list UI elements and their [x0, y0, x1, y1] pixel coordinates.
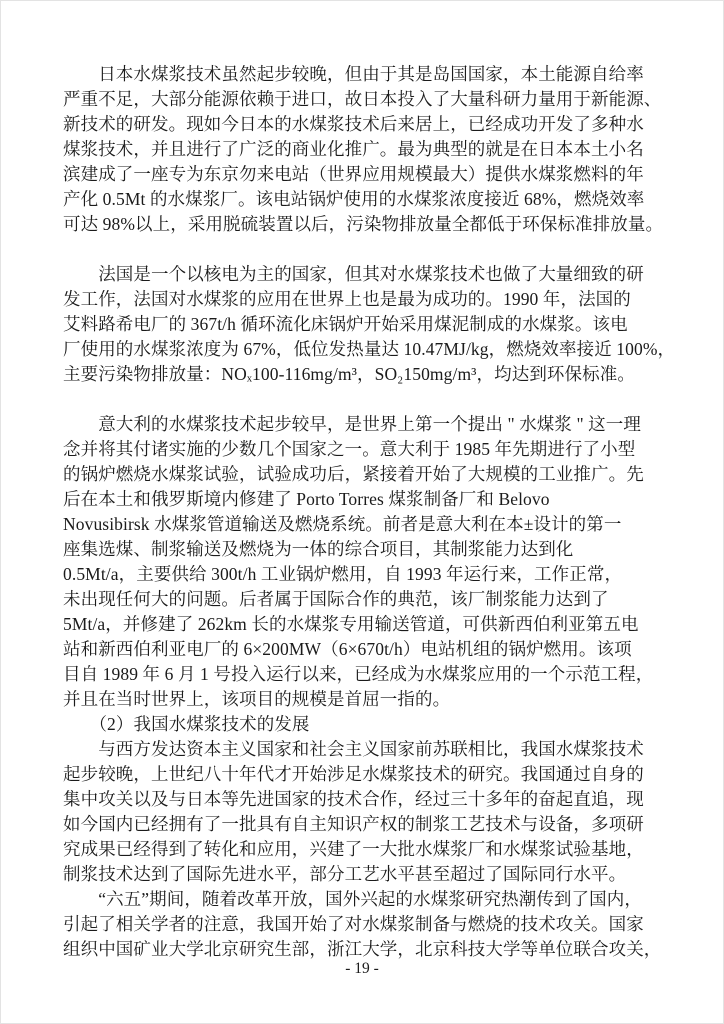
text-line: 并且在当时世界上，该项目的规模是首屈一指的。 — [63, 687, 667, 712]
text-line: 严重不足，大部分能源依赖于进口，故日本投入了大量科研力量用于新能源、 — [63, 87, 667, 112]
text-line: 0.5Mt/a，主要供给 300t/h 工业锅炉燃用，自 1993 年运行来，工… — [63, 562, 667, 587]
page-number: - 19 - — [345, 960, 379, 977]
document-body: 日本水煤浆技术虽然起步较晚，但由于其是岛国国家，本土能源自给率严重不足，大部分能… — [63, 62, 667, 962]
text-line: 起步较晚，上世纪八十年代才开始涉足水煤浆技术的研究。我国通过自身的 — [63, 762, 667, 787]
blank-line — [63, 387, 667, 412]
text-line: 意大利的水煤浆技术起步较早，是世界上第一个提出 " 水煤浆 " 这一理 — [63, 412, 667, 437]
text-line: 艾料路希电厂的 367t/h 循环流化床锅炉开始采用煤泥制成的水煤浆。该电 — [63, 312, 667, 337]
text-line: 发工作，法国对水煤浆的应用在世界上也是最为成功的。1990 年，法国的 — [63, 287, 667, 312]
paragraph-japan: 日本水煤浆技术虽然起步较晚，但由于其是岛国国家，本土能源自给率严重不足，大部分能… — [63, 62, 667, 262]
text-line: Novusibirsk 水煤浆管道输送及燃烧系统。前者是意大利在本±设计的第一 — [63, 512, 667, 537]
paragraph-china: 与西方发达资本主义国家和社会主义国家前苏联相比，我国水煤浆技术起步较晚，上世纪八… — [63, 737, 667, 887]
paragraph-italy: 意大利的水煤浆技术起步较早，是世界上第一个提出 " 水煤浆 " 这一理念并将其付… — [63, 412, 667, 712]
text-line: 与西方发达资本主义国家和社会主义国家前苏联相比，我国水煤浆技术 — [63, 737, 667, 762]
text-line: 新技术的研发。现如今日本的水煤浆技术后来居上，已经成功开发了多种水 — [63, 112, 667, 137]
text-line: 未出现任何大的问题。后者属于国际合作的典范，该厂制浆能力达到了 — [63, 587, 667, 612]
text-line: 引起了相关学者的注意，我国开始了对水煤浆制备与燃烧的技术攻关。国家 — [63, 912, 667, 937]
text-line: 5Mt/a，并修建了 262km 长的水煤浆专用输送管道，可供新西伯利亚第五电 — [63, 612, 667, 637]
text-line: 座集选煤、制浆输送及燃烧为一体的综合项目，其制浆能力达到化 — [63, 537, 667, 562]
text-line: “六五”期间，随着改革开放，国外兴起的水煤浆研究热潮传到了国内， — [63, 887, 667, 912]
text-line: 究成果已经得到了转化和应用，兴建了一大批水煤浆厂和水煤浆试验基地， — [63, 837, 667, 862]
blank-line — [63, 237, 667, 262]
text-line: 制浆技术达到了国际先进水平，部分工艺水平甚至超过了国际同行水平。 — [63, 862, 667, 887]
text-line: 主要污染物排放量：NOₓ100-116mg/m³，SO₂150mg/m³，均达到… — [63, 362, 667, 387]
text-line: 煤浆技术，并且进行了广泛的商业化推广。最为典型的就是在日本本土小名 — [63, 137, 667, 162]
text-line: 念并将其付诸实施的少数几个国家之一。意大利于 1985 年先期进行了小型 — [63, 437, 667, 462]
paragraph-france: 法国是一个以核电为主的国家，但其对水煤浆技术也做了大量细致的研发工作，法国对水煤… — [63, 262, 667, 412]
text-line: 厂使用的水煤浆浓度为 67%，低位发热量达 10.47MJ/kg，燃烧效率接近 … — [63, 337, 667, 362]
text-line: 产化 0.5Mt 的水煤浆厂。该电站锅炉使用的水煤浆浓度接近 68%，燃烧效率 — [63, 187, 667, 212]
text-line: 后在本土和俄罗斯境内修建了 Porto Torres 煤浆制备厂和 Belovo — [63, 487, 667, 512]
text-line: 可达 98%以上，采用脱硫装置以后，污染物排放量全都低于环保标准排放量。 — [63, 212, 667, 237]
text-line: （2）我国水煤浆技术的发展 — [63, 712, 667, 737]
text-line: 滨建成了一座专为东京勿来电站（世界应用规模最大）提供水煤浆燃料的年 — [63, 162, 667, 187]
document-page: 日本水煤浆技术虽然起步较晚，但由于其是岛国国家，本土能源自给率严重不足，大部分能… — [0, 0, 724, 1024]
text-line: 日本水煤浆技术虽然起步较晚，但由于其是岛国国家，本土能源自给率 — [63, 62, 667, 87]
text-line: 集中攻关以及与日本等先进国家的技术合作，经过三十多年的奋起直追，现 — [63, 787, 667, 812]
paragraph-sixth-five-plan: “六五”期间，随着改革开放，国外兴起的水煤浆研究热潮传到了国内，引起了相关学者的… — [63, 887, 667, 962]
text-line: 法国是一个以核电为主的国家，但其对水煤浆技术也做了大量细致的研 — [63, 262, 667, 287]
text-line: 如今国内已经拥有了一批具有自主知识产权的制浆工艺技术与设备，多项研 — [63, 812, 667, 837]
page-footer: - 19 - — [0, 958, 724, 980]
text-line: 目自 1989 年 6 月 1 号投入运行以来，已经成为水煤浆应用的一个示范工程… — [63, 662, 667, 687]
text-line: 站和新西伯利亚电厂的 6×200MW（6×670t/h）电站机组的锅炉燃用。该项 — [63, 637, 667, 662]
text-line: 的锅炉燃烧水煤浆试验，试验成功后，紧接着开始了大规模的工业推广。先 — [63, 462, 667, 487]
paragraph-section-heading: （2）我国水煤浆技术的发展 — [63, 712, 667, 737]
